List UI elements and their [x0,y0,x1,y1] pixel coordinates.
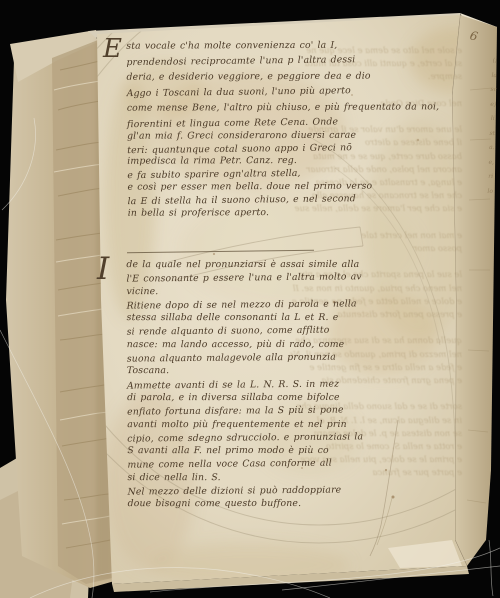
fore-edge-mark: lo [483,184,496,199]
handwritten-line: doue bisogni come questo buffone. [128,497,458,511]
fore-edge-mark: sc [487,83,500,98]
handwritten-line: sta vocale c'ha molte convenienza co' la… [126,39,456,53]
handwritten-line: prendendosi reciprocamte l'una p l'altra… [126,53,456,70]
handwritten-line: in bella si proferisce aperto. [128,206,458,220]
handwritten-line: Aggo i Toscani la dua suoni, l'uno più a… [127,84,457,101]
bleedthrough-line: posso amor [290,242,462,255]
fore-edge-mark: ri [484,170,497,185]
handwritten-line: deria, e desiderio veggiore, e peggiore … [127,70,457,84]
fore-edge-mark: li [486,112,499,127]
fore-edge-mark: (; [488,54,500,69]
fore-edge-mark: e) [487,97,500,112]
paragraph2-initial-letter: I [97,254,109,285]
handwritten-line: enfiato fortuna disfare: ma la S più si … [127,403,457,419]
handwritten-line: si rende alquanto di suono, come afflitt… [127,323,457,339]
handwritten-line: come mense Bene, l'altro più chiuso, e p… [127,101,457,115]
bleedthrough-line: e mai non nel certe tale [290,229,462,242]
paragraph-2: de la quale nel pronunziarsi è assai sim… [126,257,457,511]
fore-edge-mark: e, [484,155,497,170]
fore-edge-mark: la [488,68,500,83]
handwritten-line: mune come nella voce Casa conforme all [127,456,457,472]
paragraph1-initial-letter: E [103,36,122,62]
fore-edge-mark: st [485,126,498,141]
handwritten-line: Toscana. [127,364,457,378]
fore-edge-mark: a. [485,141,498,156]
paragraph-1: sta vocale c'ha molte convenienza co' la… [126,39,458,221]
handwritten-line: l'E consonante p essere l'una e l'altra … [126,270,456,286]
manuscript-photo: e sole nel alto se dema e lece que nesi … [0,0,500,598]
